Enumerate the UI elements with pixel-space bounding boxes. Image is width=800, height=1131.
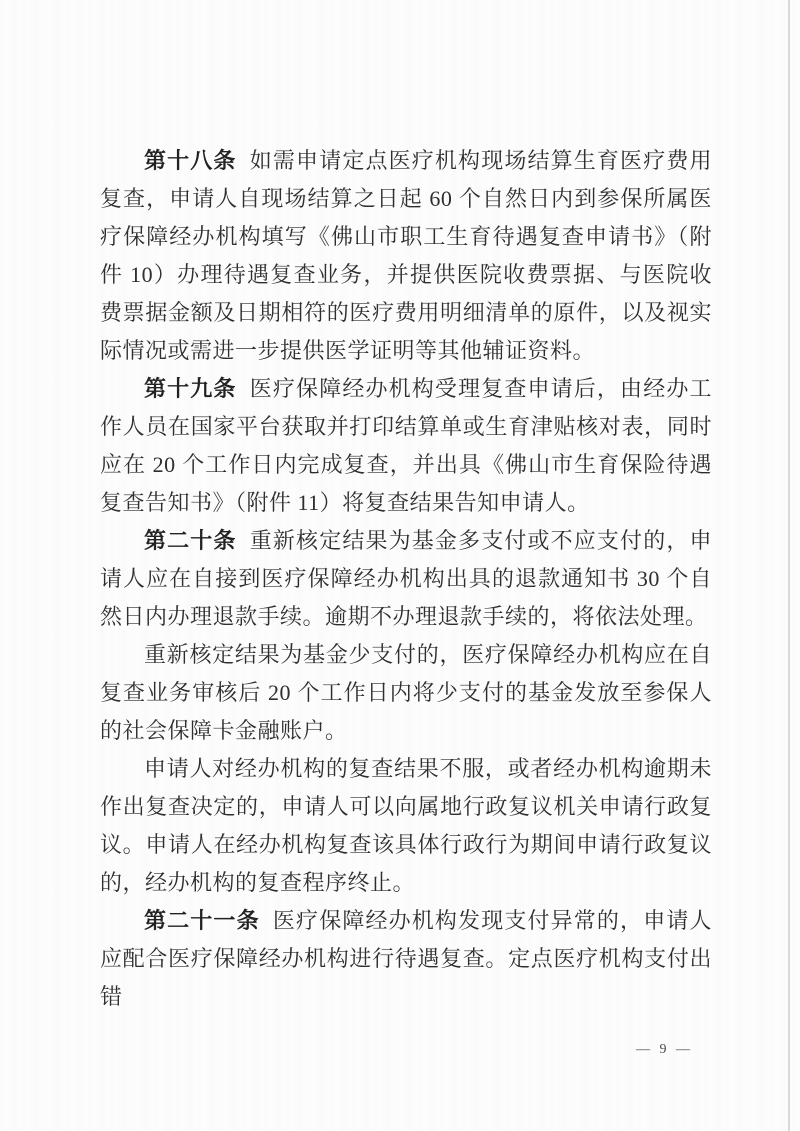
document-page: 第十八条如需申请定点医疗机构现场结算生育医疗费用复查，申请人自现场结算之日起 6… xyxy=(0,0,800,1131)
article-19-number: 第十九条 xyxy=(144,376,237,401)
scan-edge-line xyxy=(788,0,790,1131)
paragraph-article-19: 第十九条医疗保障经办机构受理复查申请后，由经办工作人员在国家平台获取并打印结算单… xyxy=(100,370,712,522)
paragraph-article-21: 第二十一条医疗保障经办机构发现支付异常的，申请人应配合医疗保障经办机构进行待遇复… xyxy=(100,902,712,1016)
page-number: — 9 — xyxy=(636,1042,693,1058)
article-18-number: 第十八条 xyxy=(144,148,237,173)
article-20-number: 第二十条 xyxy=(144,528,237,553)
paragraph-article-18: 第十八条如需申请定点医疗机构现场结算生育医疗费用复查，申请人自现场结算之日起 6… xyxy=(100,142,712,370)
article-18-text: 如需申请定点医疗机构现场结算生育医疗费用复查，申请人自现场结算之日起 60 个自… xyxy=(100,148,712,363)
article-21-number: 第二十一条 xyxy=(144,908,260,933)
article-20-cont-2-text: 申请人对经办机构的复查结果不服，或者经办机构逾期未作出复查决定的，申请人可以向属… xyxy=(100,756,712,895)
paragraph-article-20-cont-2: 申请人对经办机构的复查结果不服，或者经办机构逾期未作出复查决定的，申请人可以向属… xyxy=(100,750,712,902)
paragraph-article-20-cont-1: 重新核定结果为基金少支付的，医疗保障经办机构应在自复查业务审核后 20 个工作日… xyxy=(100,636,712,750)
document-body: 第十八条如需申请定点医疗机构现场结算生育医疗费用复查，申请人自现场结算之日起 6… xyxy=(100,142,712,1016)
paragraph-article-20: 第二十条重新核定结果为基金多支付或不应支付的，申请人应在自接到医疗保障经办机构出… xyxy=(100,522,712,636)
article-20-cont-1-text: 重新核定结果为基金少支付的，医疗保障经办机构应在自复查业务审核后 20 个工作日… xyxy=(100,642,712,743)
